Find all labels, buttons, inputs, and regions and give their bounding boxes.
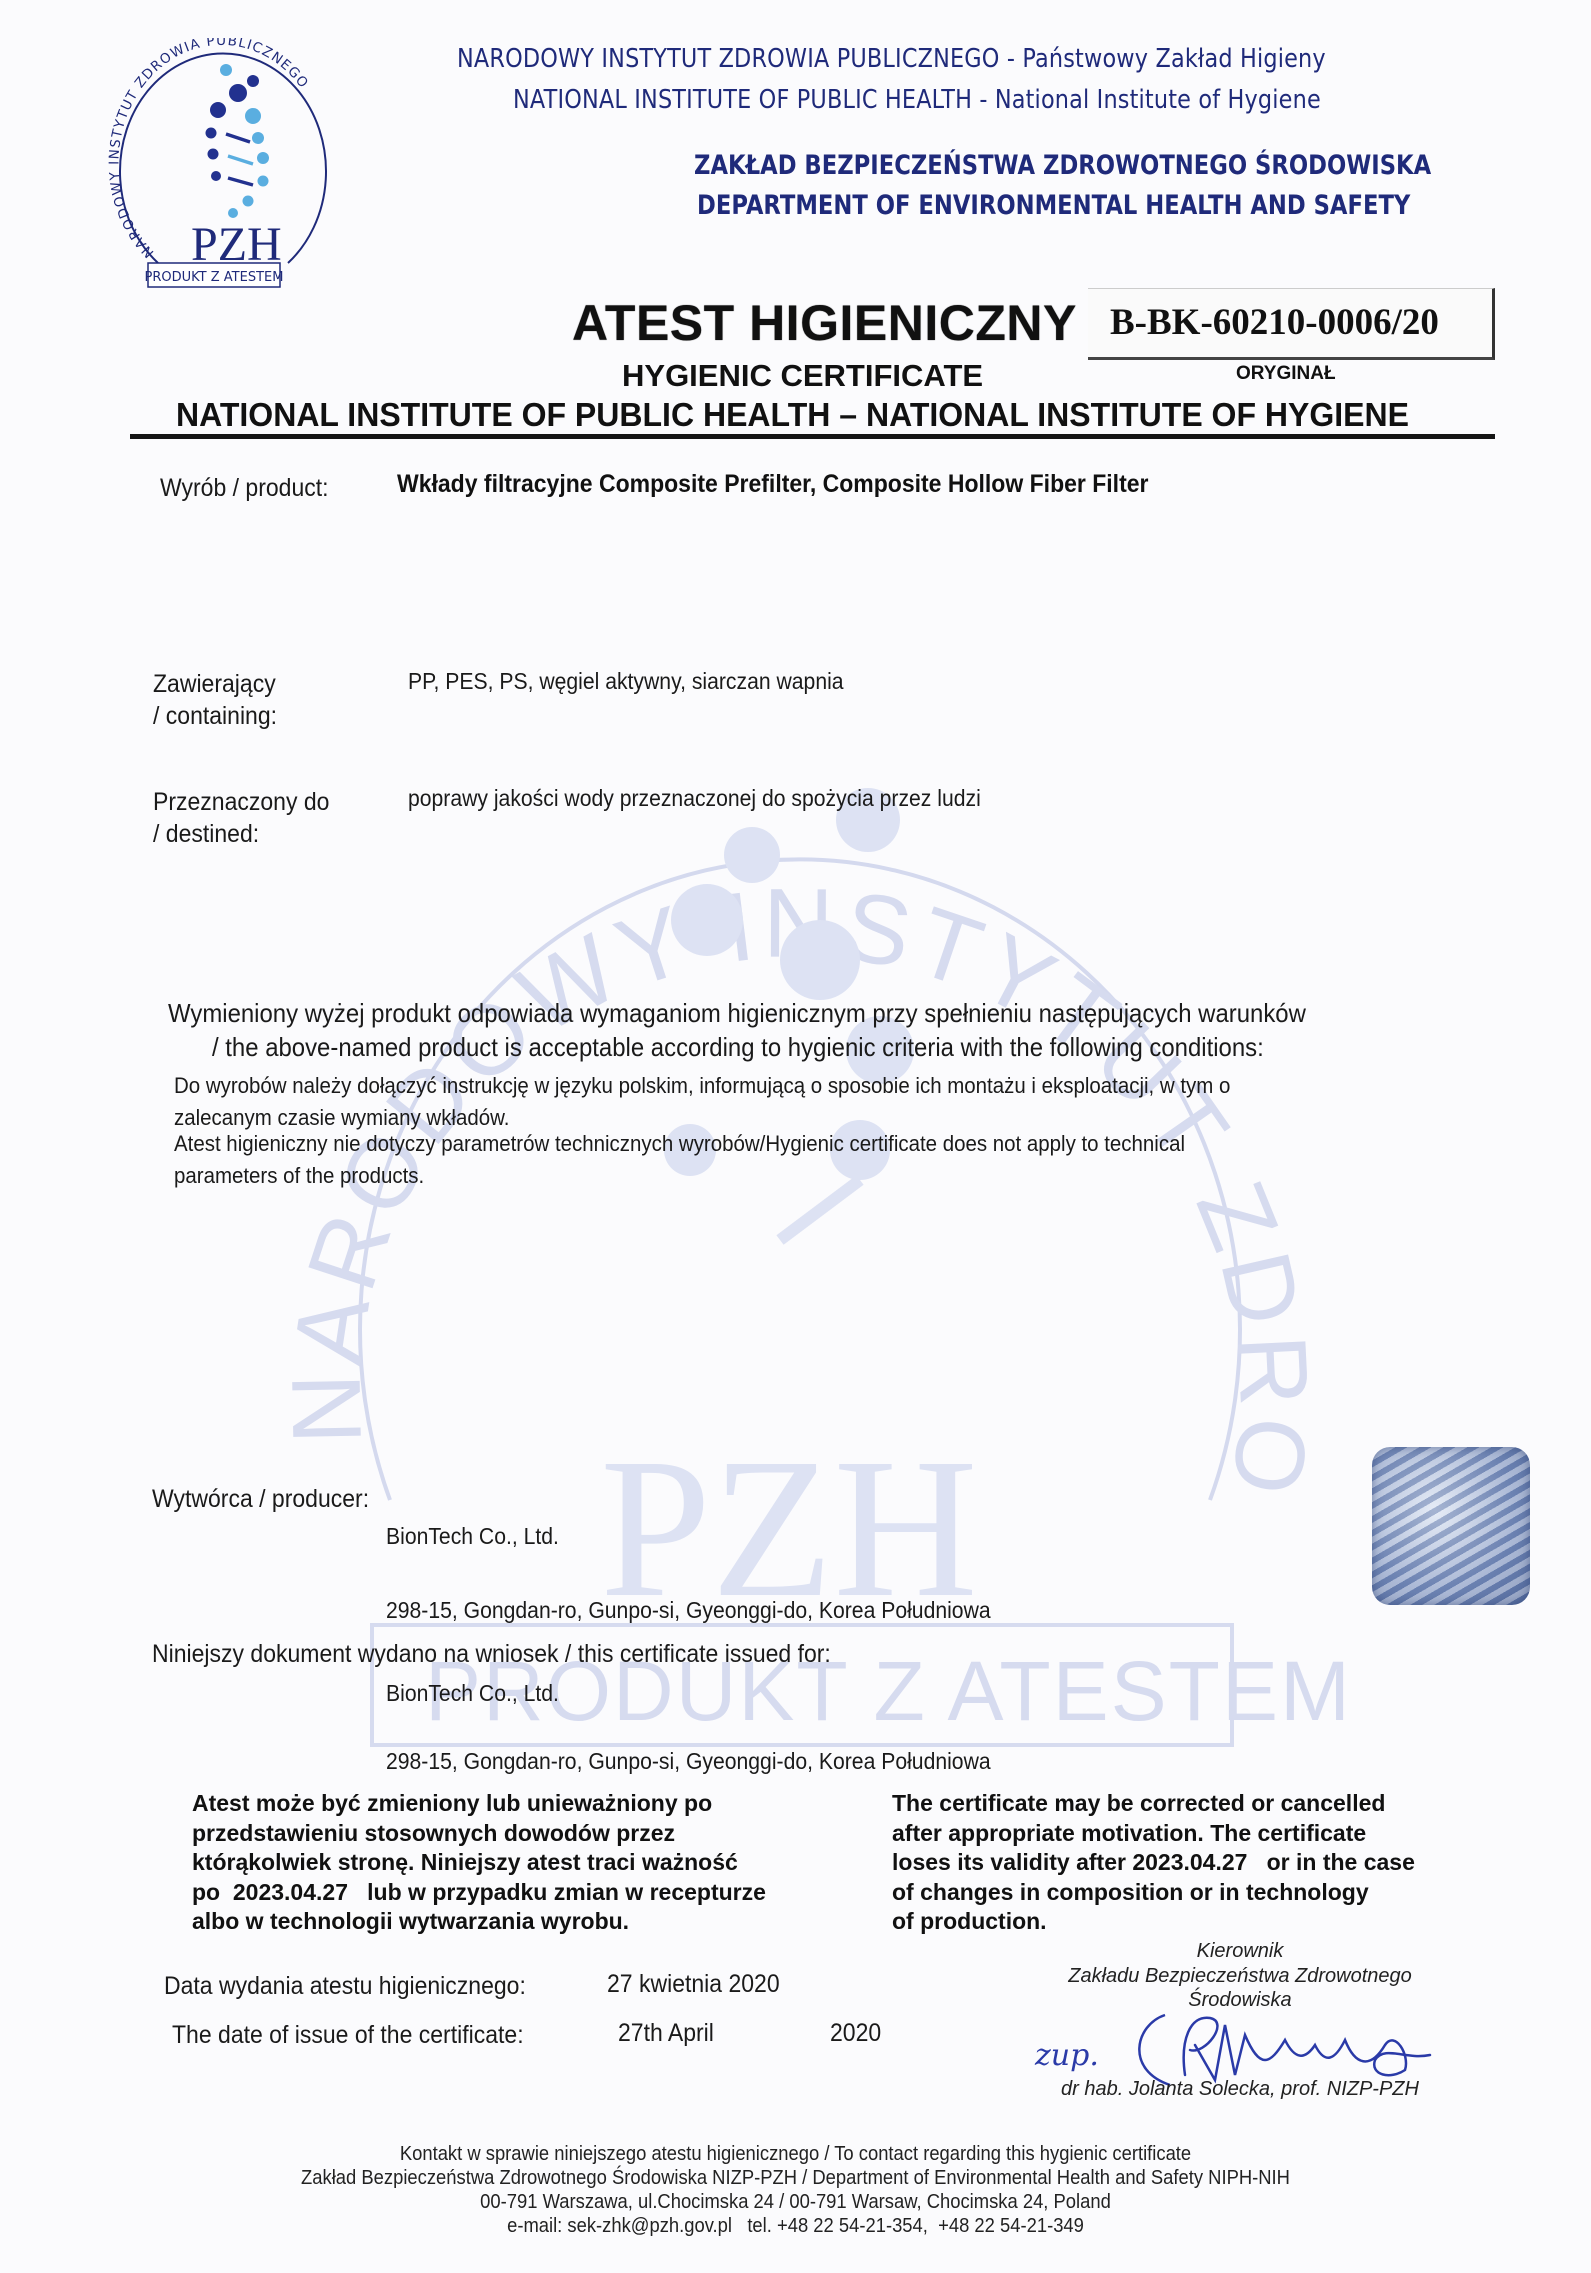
condition-line: zalecanym czasie wymiany wkładów. (174, 1105, 509, 1131)
signature-role-line2: Zakładu Bezpieczeństwa Zdrowotnego (1000, 1965, 1480, 1988)
containing-label-pl: Zawierający (153, 670, 276, 699)
validity-line: albo w technologii wytwarzania wyrobu. (192, 1907, 852, 1937)
pzh-seal-icon: NARODOWY INSTYTUT ZDROWIA PUBLICZNEGO PZ… (108, 38, 338, 288)
hologram-sticker-icon (1372, 1447, 1530, 1605)
condition-line: Do wyrobów należy dołączyć instrukcję w … (174, 1073, 1230, 1099)
producer-address: 298-15, Gongdan-ro, Gunpo-si, Gyeonggi-d… (386, 1597, 991, 1624)
validity-line: po 2023.04.27 lub w przypadku zmian w re… (192, 1878, 852, 1908)
validity-line: którąkolwiek stronę. Niniejszy atest tra… (192, 1848, 852, 1878)
issue-date-value-en-day: 27th April (618, 2019, 714, 2048)
footer-line: 00-791 Warszawa, ul.Chocimska 24 / 00-79… (64, 2191, 1528, 2214)
producer-label: Wytwórca / producer: (152, 1485, 369, 1514)
destined-label-en: / destined: (153, 820, 259, 849)
validity-line: przedstawieniu stosownych dowodów przez (192, 1819, 852, 1849)
producer-name: BionTech Co., Ltd. (386, 1523, 559, 1550)
containing-label-en: / containing: (153, 702, 277, 731)
institute-line: NATIONAL INSTITUTE OF PUBLIC HEALTH – NA… (176, 396, 1409, 434)
validity-line: The certificate may be corrected or canc… (892, 1789, 1492, 1819)
validity-line: of production. (892, 1907, 1492, 1937)
certificate-subtitle: HYGIENIC CERTIFICATE (622, 358, 983, 394)
header-department-pl: ZAKŁAD BEZPIECZEŃSTWA ZDROWOTNEGO ŚRODOW… (694, 150, 1431, 181)
svg-text:zup.: zup. (1034, 2038, 1099, 2073)
footer-line: Kontakt w sprawie niniejszego atestu hig… (64, 2143, 1528, 2166)
containing-value: PP, PES, PS, węgiel aktywny, siarczan wa… (408, 668, 844, 695)
destined-label-pl: Przeznaczony do (153, 788, 329, 817)
validity-line: loses its validity after 2023.04.27 or i… (892, 1848, 1492, 1878)
conditions-heading-en: / the above-named product is acceptable … (212, 1032, 1264, 1063)
issue-date-label-en: The date of issue of the certificate: (172, 2021, 524, 2050)
destined-value: poprawy jakości wody przeznaczonej do sp… (408, 785, 981, 812)
product-value: Wkłady filtracyjne Composite Prefilter, … (397, 470, 1148, 499)
header-department-en: DEPARTMENT OF ENVIRONMENTAL HEALTH AND S… (697, 190, 1410, 221)
svg-text:PRODUKT Z ATESTEM: PRODUKT Z ATESTEM (145, 270, 284, 285)
validity-line: after appropriate motivation. The certif… (892, 1819, 1492, 1849)
signer-name: dr hab. Jolanta Solecka, prof. NIZP-PZH (1000, 2078, 1480, 2101)
header-institute-pl: NARODOWY INSTYTUT ZDROWIA PUBLICZNEGO - … (457, 44, 1326, 74)
issued-for-name: BionTech Co., Ltd. (386, 1680, 559, 1707)
certificate-number: B-BK-60210-0006/20 (1110, 301, 1439, 344)
product-label: Wyrób / product: (160, 474, 329, 503)
validity-line: Atest może być zmieniony lub unieważnion… (192, 1789, 852, 1819)
issue-date-label-pl: Data wydania atestu higienicznego: (164, 1972, 526, 2001)
footer-line: Zakład Bezpieczeństwa Zdrowotnego Środow… (64, 2167, 1528, 2190)
validity-line: of changes in composition or in technolo… (892, 1878, 1492, 1908)
pzh-logo: NARODOWY INSTYTUT ZDROWIA PUBLICZNEGO PZ… (108, 38, 338, 288)
footer-contact-line: e-mail: sek-zhk@pzh.gov.pl tel. +48 22 5… (64, 2215, 1528, 2238)
conditions-heading-pl: Wymieniony wyżej produkt odpowiada wymag… (168, 998, 1306, 1029)
validity-text-pl: Atest może być zmieniony lub unieważnion… (192, 1789, 852, 1937)
signature-role-line1: Kierownik (1000, 1940, 1480, 1963)
issue-date-value-en-year: 2020 (830, 2019, 881, 2048)
certificate-title: ATEST HIGIENICZNY (572, 294, 1077, 352)
title-divider (130, 434, 1495, 439)
issued-for-address: 298-15, Gongdan-ro, Gunpo-si, Gyeonggi-d… (386, 1748, 991, 1775)
original-mark: ORYGINAŁ (1236, 363, 1336, 385)
condition-line: Atest higieniczny nie dotyczy parametrów… (174, 1131, 1185, 1157)
header-institute-en: NATIONAL INSTITUTE OF PUBLIC HEALTH - Na… (513, 85, 1321, 115)
issue-date-value-pl: 27 kwietnia 2020 (607, 1970, 780, 1999)
certificate-number-box: B-BK-60210-0006/20 (1088, 288, 1495, 360)
condition-line: parameters of the products. (174, 1163, 424, 1189)
validity-text-en: The certificate may be corrected or canc… (892, 1789, 1492, 1937)
issued-for-label: Niniejszy dokument wydano na wniosek / t… (152, 1640, 831, 1669)
